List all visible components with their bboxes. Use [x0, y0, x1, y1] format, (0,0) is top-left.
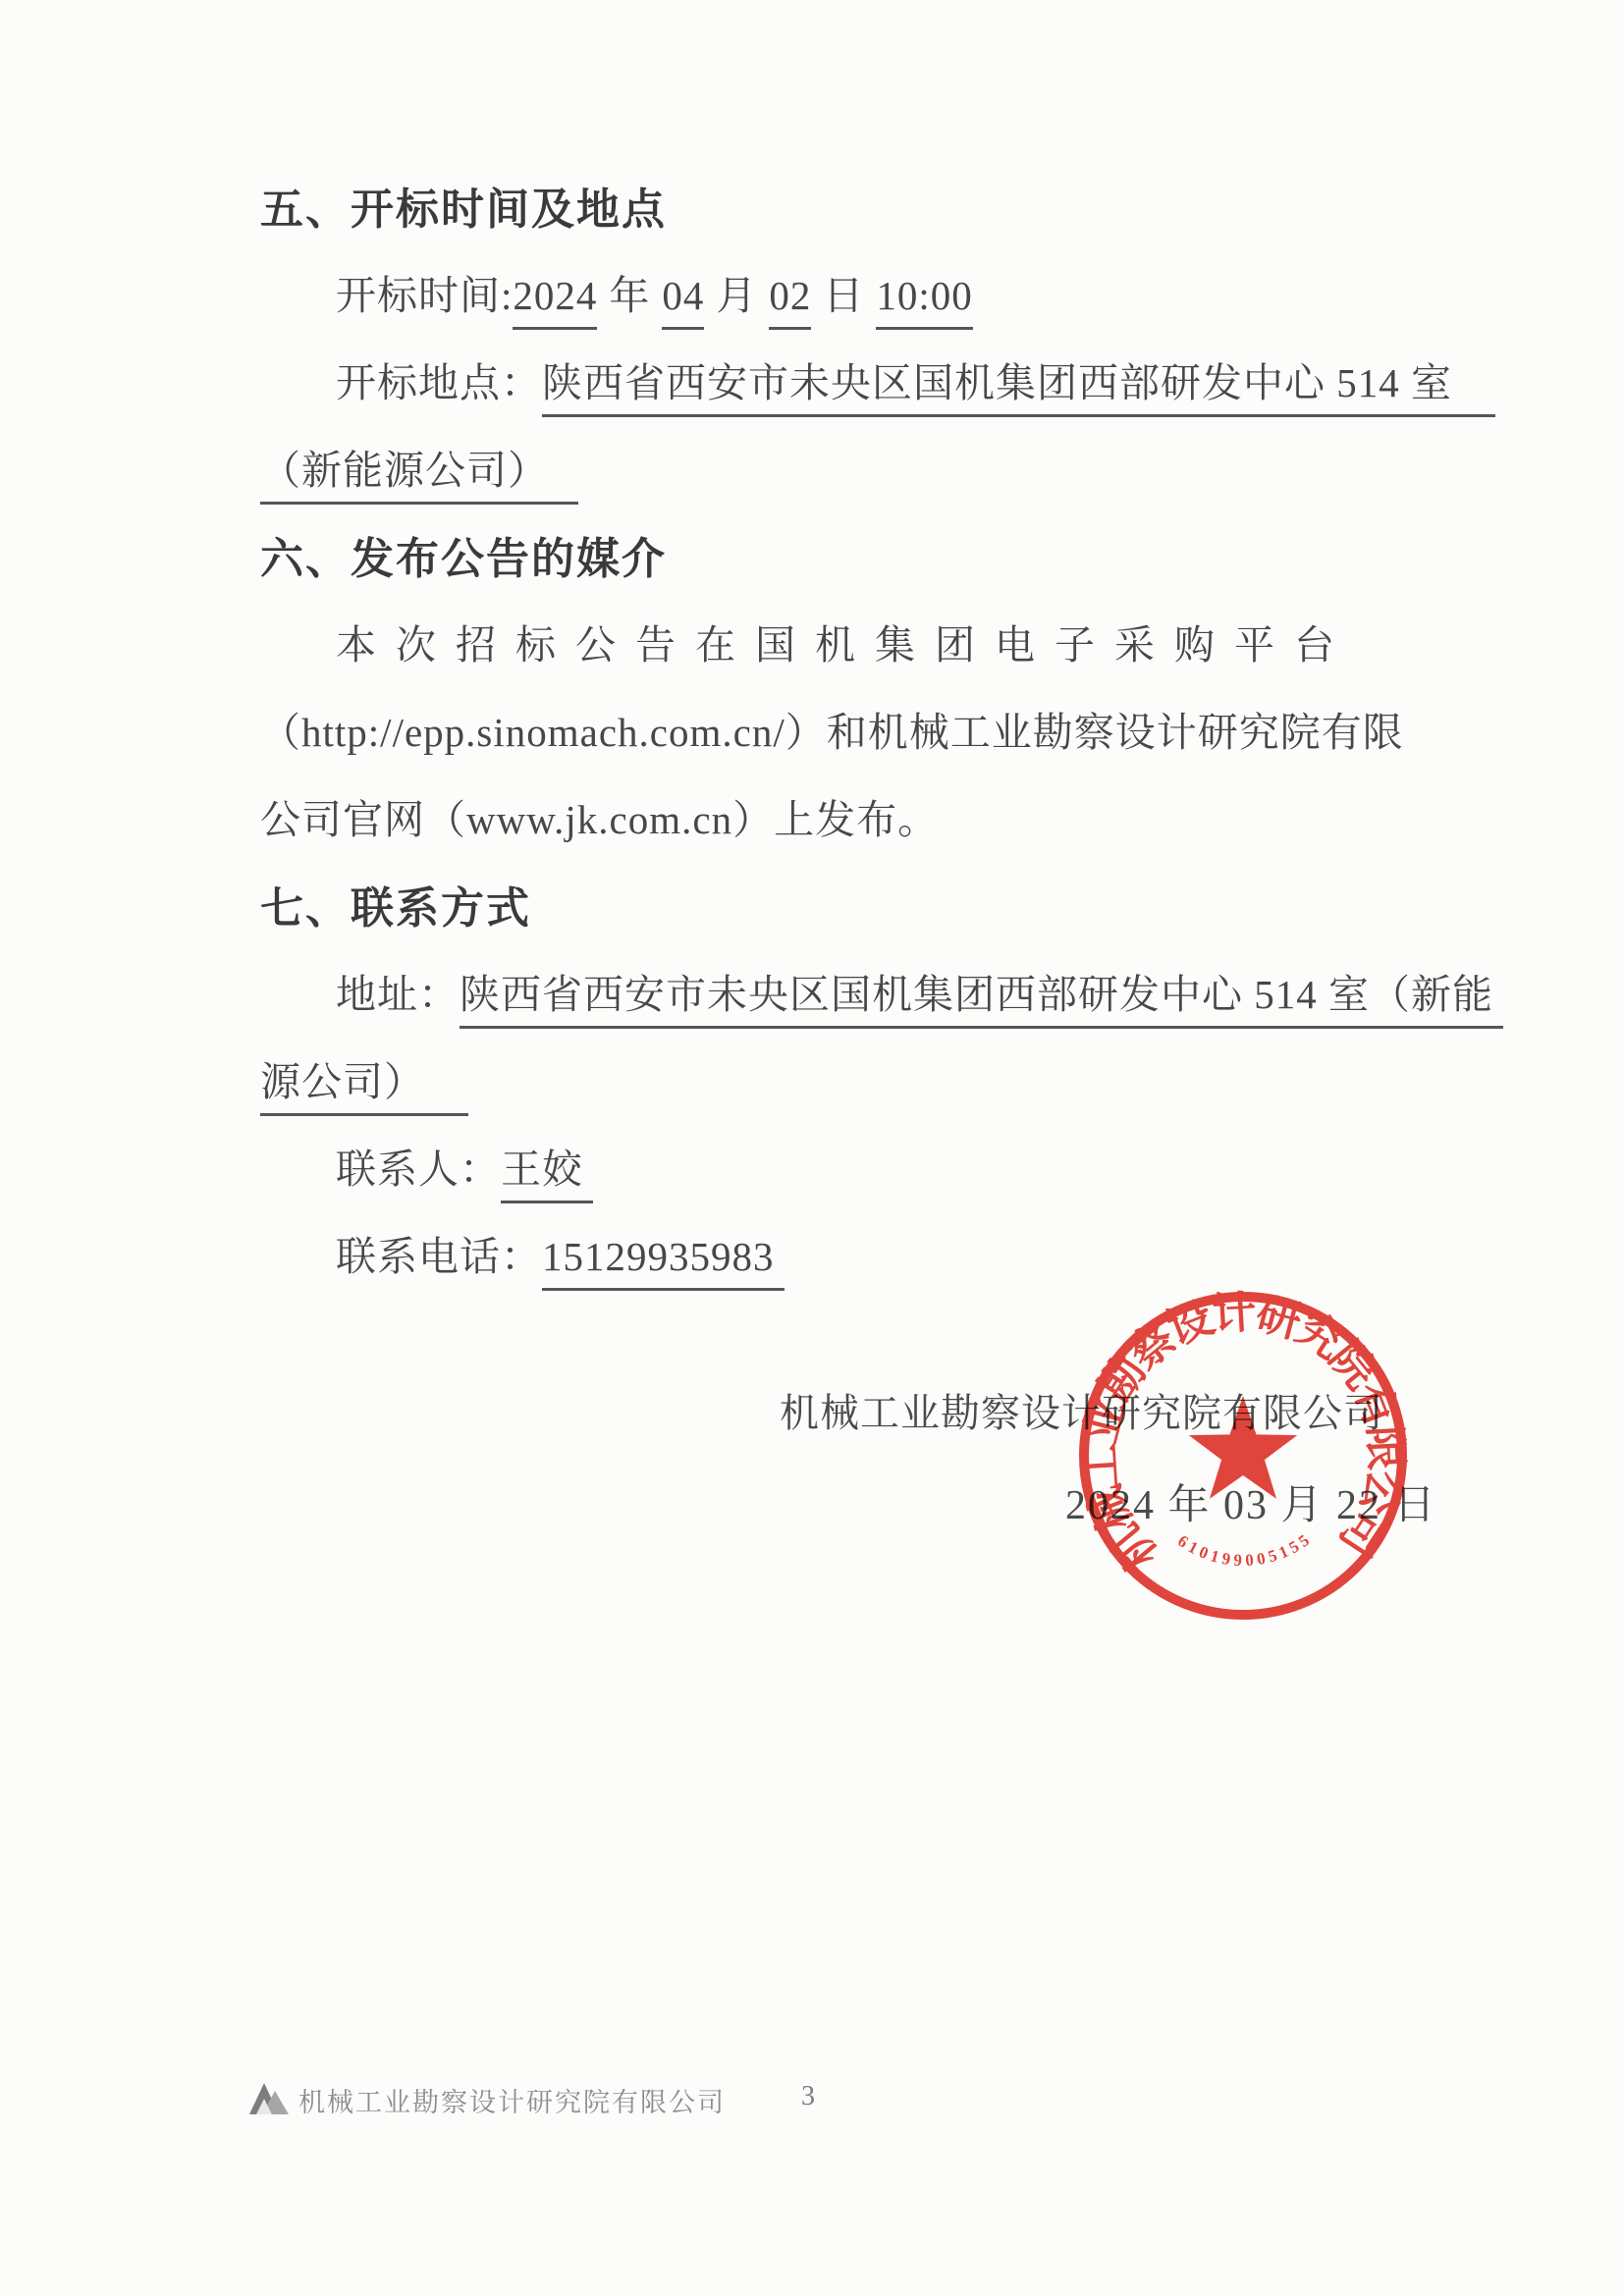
- contact-person-label: 联系人：: [336, 1147, 501, 1192]
- address-label: 地址：: [336, 972, 460, 1017]
- footer-company-name: 机械工业勘察设计研究院有限公司: [298, 2081, 726, 2119]
- address-text: 陕西省西安市未央区国机集团西部研发中心 514 室（新能: [460, 972, 1503, 1029]
- contact-person-name: 王姣: [501, 1147, 593, 1203]
- address-line: 地址：陕西省西安市未央区国机集团西部研发中心 514 室（新能: [336, 972, 1503, 1018]
- page-footer: 机械工业勘察设计研究院有限公司 3: [0, 2073, 1623, 2132]
- bid-time-clock: 10:00: [876, 273, 972, 330]
- contact-phone-label: 联系电话：: [336, 1234, 542, 1279]
- bid-time-month: 04: [662, 273, 704, 330]
- section-5-title: 五、开标时间及地点: [260, 186, 667, 236]
- media-paragraph-line1: 本次招标公告在国机集团电子采购平台: [336, 622, 1354, 668]
- contact-phone-number: 15129935983: [542, 1234, 784, 1291]
- address-text2: 源公司）: [260, 1059, 468, 1116]
- contact-person-line: 联系人：王姣: [336, 1147, 593, 1193]
- document-page: 五、开标时间及地点 开标时间:2024年04月02日10:00 开标地点：陕西省…: [0, 0, 1623, 2296]
- bid-place-line: 开标地点：陕西省西安市未央区国机集团西部研发中心 514 室: [336, 360, 1495, 406]
- contact-phone-line: 联系电话：15129935983: [336, 1234, 784, 1280]
- address-line2: 源公司）: [260, 1059, 468, 1105]
- bid-time-label: 开标时间:: [336, 273, 513, 318]
- bid-time-line: 开标时间:2024年04月02日10:00: [336, 273, 973, 319]
- day-unit: 日: [823, 273, 864, 318]
- company-logo-icon: [248, 2079, 290, 2116]
- seal-star-icon: [1189, 1396, 1297, 1499]
- media-paragraph-line3: 公司官网（www.jk.com.cn）上发布。: [260, 797, 939, 843]
- page-number: 3: [801, 2081, 815, 2112]
- bid-place-text: 陕西省西安市未央区国机集团西部研发中心 514 室: [542, 360, 1495, 417]
- month-unit: 月: [716, 273, 757, 318]
- bid-place-label: 开标地点：: [336, 360, 542, 405]
- bid-place-line2: （新能源公司）: [260, 448, 578, 494]
- section-6-title: 六、发布公告的媒介: [260, 535, 667, 585]
- bid-time-day: 02: [769, 273, 811, 330]
- company-seal-stamp: 机械工业勘察设计研究院有限公司 6101990051551: [1066, 1274, 1420, 1637]
- year-unit: 年: [609, 273, 650, 318]
- bid-time-year: 2024: [513, 273, 597, 330]
- bid-place-text2: （新能源公司）: [260, 448, 578, 505]
- section-7-title: 七、联系方式: [260, 884, 531, 934]
- media-paragraph-line2: （http://epp.sinomach.com.cn/）和机械工业勘察设计研究…: [260, 710, 1404, 756]
